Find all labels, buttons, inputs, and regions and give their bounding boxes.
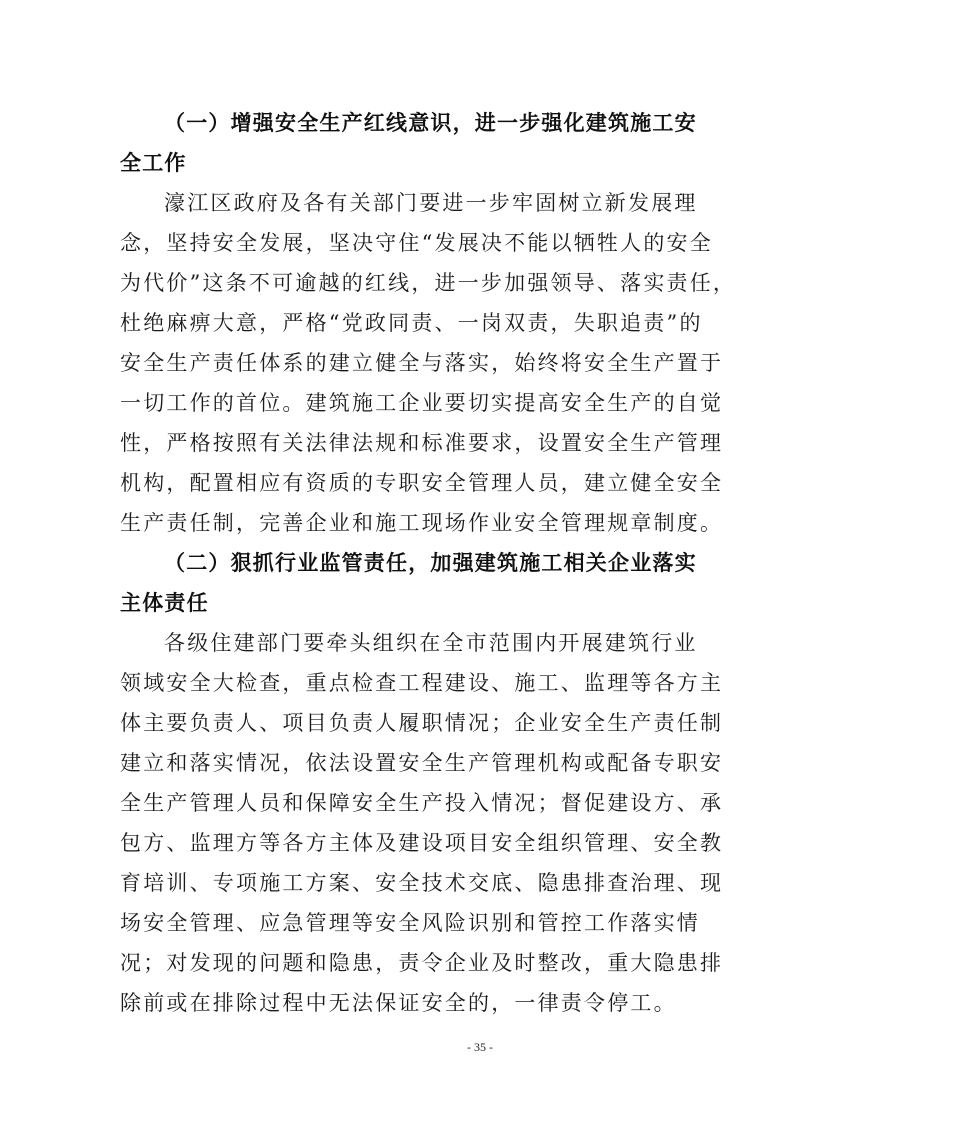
paragraph-line: 杜绝麻痹大意，严格“党政同责、一岗双责，失职追责”的: [120, 303, 672, 343]
paragraph-line: 机构，配置相应有资质的专职安全管理人员，建立健全安全: [120, 463, 672, 503]
paragraph-line: 濠江区政府及各有关部门要进一步牢固树立新发展理: [120, 183, 672, 223]
section-heading: 全工作: [120, 143, 672, 183]
paragraph-line: 领域安全大检查，重点检查工程建设、施工、监理等各方主: [120, 663, 672, 703]
page-number: - 35 -: [0, 1040, 960, 1055]
paragraph-line: 各级住建部门要牵头组织在全市范围内开展建筑行业: [120, 623, 672, 663]
paragraph-line: 生产责任制，完善企业和施工现场作业安全管理规章制度。: [120, 503, 672, 543]
paragraph-line: 性，严格按照有关法律法规和标准要求，设置安全生产管理: [120, 423, 672, 463]
document-page: （一）增强安全生产红线意识，进一步强化建筑施工安 全工作 濠江区政府及各有关部门…: [120, 103, 672, 1023]
paragraph-line: 育培训、专项施工方案、安全技术交底、隐患排查治理、现: [120, 863, 672, 903]
paragraph-line: 安全生产责任体系的建立健全与落实，始终将安全生产置于: [120, 343, 672, 383]
paragraph-line: 场安全管理、应急管理等安全风险识别和管控工作落实情: [120, 903, 672, 943]
paragraph-line: 全生产管理人员和保障安全生产投入情况；督促建设方、承: [120, 783, 672, 823]
paragraph-line: 一切工作的首位。建筑施工企业要切实提高安全生产的自觉: [120, 383, 672, 423]
paragraph-line: 念，坚持安全发展，坚决守住“发展决不能以牺牲人的安全: [120, 223, 672, 263]
paragraph-line: 况；对发现的问题和隐患，责令企业及时整改，重大隐患排: [120, 943, 672, 983]
section-heading: （二）狠抓行业监管责任，加强建筑施工相关企业落实: [120, 543, 672, 583]
paragraph-line: 为代价”这条不可逾越的红线，进一步加强领导、落实责任，: [120, 263, 672, 303]
paragraph-line: 除前或在排除过程中无法保证安全的，一律责令停工。: [120, 983, 672, 1023]
section-heading: 主体责任: [120, 583, 672, 623]
paragraph-line: 包方、监理方等各方主体及建设项目安全组织管理、安全教: [120, 823, 672, 863]
paragraph-line: 体主要负责人、项目负责人履职情况；企业安全生产责任制: [120, 703, 672, 743]
section-heading: （一）增强安全生产红线意识，进一步强化建筑施工安: [120, 103, 672, 143]
paragraph-line: 建立和落实情况，依法设置安全生产管理机构或配备专职安: [120, 743, 672, 783]
